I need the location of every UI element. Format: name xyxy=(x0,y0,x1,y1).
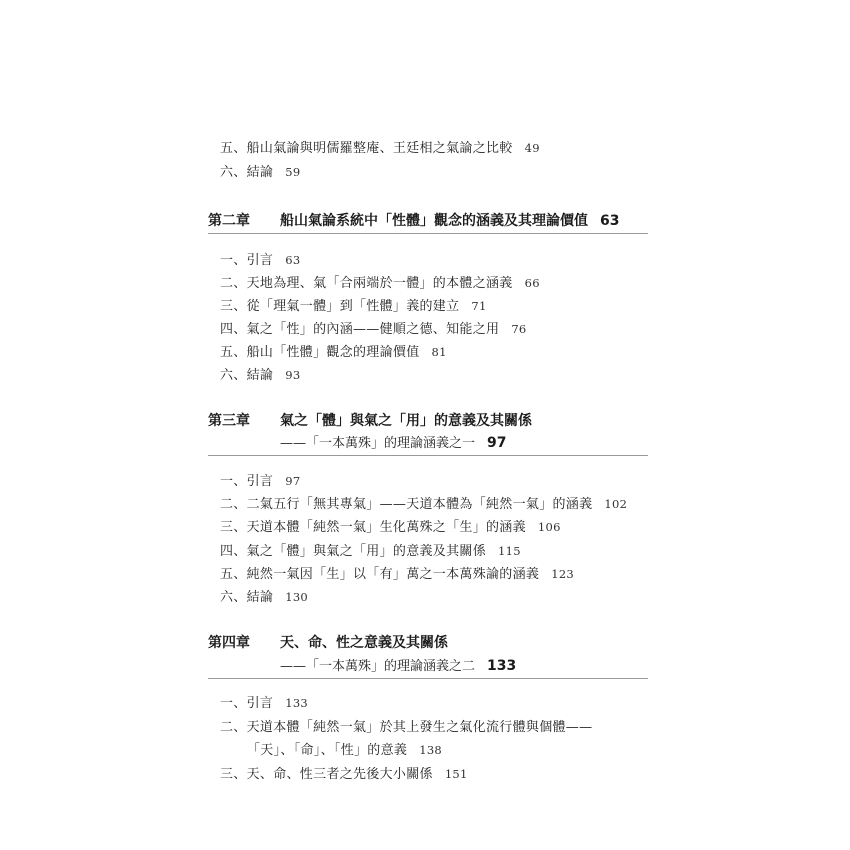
entry-label: 一、引言 xyxy=(220,696,273,711)
entry-page: 76 xyxy=(511,322,526,336)
entry-page: 59 xyxy=(285,165,300,179)
toc-entry: 三、從「理氣一體」到「性體」義的建立71 xyxy=(220,295,487,314)
entry-label: 五、純然一氣因「生」以「有」萬之一本萬殊論的涵義 xyxy=(220,567,539,582)
chapter-divider xyxy=(208,233,648,234)
entry-label: 三、天道本體「純然一氣」生化萬殊之「生」的涵義 xyxy=(220,520,526,535)
entry-label: 三、從「理氣一體」到「性體」義的建立 xyxy=(220,299,459,314)
entry-page: 63 xyxy=(285,253,300,267)
chapter-heading: 第二章船山氣論系統中「性體」觀念的涵義及其理論價值63 xyxy=(208,210,619,230)
toc-entry: 三、天道本體「純然一氣」生化萬殊之「生」的涵義106 xyxy=(220,516,561,535)
chapter-subtitle: ——「一本萬殊」的理論涵義之一97 xyxy=(280,432,507,451)
entry-label: 四、氣之「性」的內涵——健順之德、知能之用 xyxy=(220,322,499,337)
chapter-subtitle-text: ——「一本萬殊」的理論涵義之二 xyxy=(280,659,475,674)
entry-label: 三、天、命、性三者之先後大小關係 xyxy=(220,767,433,782)
toc-entry: 五、船山「性體」觀念的理論價值81 xyxy=(220,341,447,360)
chapter-subtitle-text: ——「一本萬殊」的理論涵義之一 xyxy=(280,436,475,451)
toc-entry: 二、二氣五行「無其專氣」——天道本體為「純然一氣」的涵義102 xyxy=(220,493,627,512)
entry-page: 106 xyxy=(538,520,561,534)
toc-entry: 二、天地為理、氣「合兩端於一體」的本體之涵義66 xyxy=(220,272,540,291)
chapter-heading: 第四章天、命、性之意義及其關係 xyxy=(208,632,448,652)
chapter-page: 63 xyxy=(600,213,619,229)
entry-page: 81 xyxy=(432,345,447,359)
entry-label: 六、結論 xyxy=(220,165,273,180)
toc-entry: 二、天道本體「純然一氣」於其上發生之氣化流行體與個體—— xyxy=(220,716,592,735)
chapter-page: 97 xyxy=(487,435,506,451)
toc-entry-continuation: 「天」、「命」、「性」的意義138 xyxy=(247,739,442,758)
entry-label: 「天」、「命」、「性」的意義 xyxy=(247,743,407,758)
entry-page: 93 xyxy=(285,368,300,382)
chapter-divider xyxy=(208,455,648,456)
entry-label: 五、船山氣論與明儒羅整庵、王廷相之氣論之比較 xyxy=(220,141,513,156)
chapter-heading: 第三章氣之「體」與氣之「用」的意義及其關係 xyxy=(208,410,532,430)
chapter-title: 天、命、性之意義及其關係 xyxy=(280,635,448,651)
toc-entry: 一、引言63 xyxy=(220,249,300,268)
entry-page: 71 xyxy=(471,299,486,313)
chapter-number: 第三章 xyxy=(208,410,280,430)
entry-label: 一、引言 xyxy=(220,253,273,268)
toc-entry: 一、引言133 xyxy=(220,692,308,711)
entry-page: 133 xyxy=(285,696,308,710)
entry-page: 66 xyxy=(525,276,540,290)
toc-entry: 四、氣之「體」與氣之「用」的意義及其關係115 xyxy=(220,540,521,559)
entry-page: 138 xyxy=(419,743,442,757)
entry-page: 115 xyxy=(498,544,521,558)
toc-entry: 六、結論59 xyxy=(220,161,300,180)
chapter-subtitle: ——「一本萬殊」的理論涵義之二133 xyxy=(280,655,516,674)
toc-entry: 三、天、命、性三者之先後大小關係151 xyxy=(220,763,468,782)
toc-entry: 六、結論130 xyxy=(220,586,308,605)
entry-label: 二、二氣五行「無其專氣」——天道本體為「純然一氣」的涵義 xyxy=(220,497,592,512)
chapter-page: 133 xyxy=(487,658,516,674)
entry-page: 102 xyxy=(604,497,627,511)
chapter-title: 氣之「體」與氣之「用」的意義及其關係 xyxy=(280,413,532,429)
chapter-title: 船山氣論系統中「性體」觀念的涵義及其理論價值 xyxy=(280,213,588,229)
entry-page: 151 xyxy=(445,767,468,781)
entry-label: 六、結論 xyxy=(220,590,273,605)
entry-label: 五、船山「性體」觀念的理論價值 xyxy=(220,345,420,360)
entry-page: 49 xyxy=(525,141,540,155)
toc-entry: 四、氣之「性」的內涵——健順之德、知能之用76 xyxy=(220,318,527,337)
chapter-number: 第二章 xyxy=(208,210,280,230)
entry-label: 二、天道本體「純然一氣」於其上發生之氣化流行體與個體—— xyxy=(220,720,592,735)
entry-page: 123 xyxy=(551,567,574,581)
entry-page: 130 xyxy=(285,590,308,604)
chapter-divider xyxy=(208,678,648,679)
entry-label: 二、天地為理、氣「合兩端於一體」的本體之涵義 xyxy=(220,276,513,291)
toc-entry: 六、結論93 xyxy=(220,364,300,383)
entry-label: 一、引言 xyxy=(220,474,273,489)
toc-entry: 五、船山氣論與明儒羅整庵、王廷相之氣論之比較49 xyxy=(220,137,540,156)
entry-label: 四、氣之「體」與氣之「用」的意義及其關係 xyxy=(220,544,486,559)
chapter-number: 第四章 xyxy=(208,632,280,652)
toc-page: 五、船山氣論與明儒羅整庵、王廷相之氣論之比較49 六、結論59 第二章船山氣論系… xyxy=(0,0,850,850)
toc-entry: 五、純然一氣因「生」以「有」萬之一本萬殊論的涵義123 xyxy=(220,563,574,582)
toc-entry: 一、引言97 xyxy=(220,470,300,489)
entry-label: 六、結論 xyxy=(220,368,273,383)
entry-page: 97 xyxy=(285,474,300,488)
